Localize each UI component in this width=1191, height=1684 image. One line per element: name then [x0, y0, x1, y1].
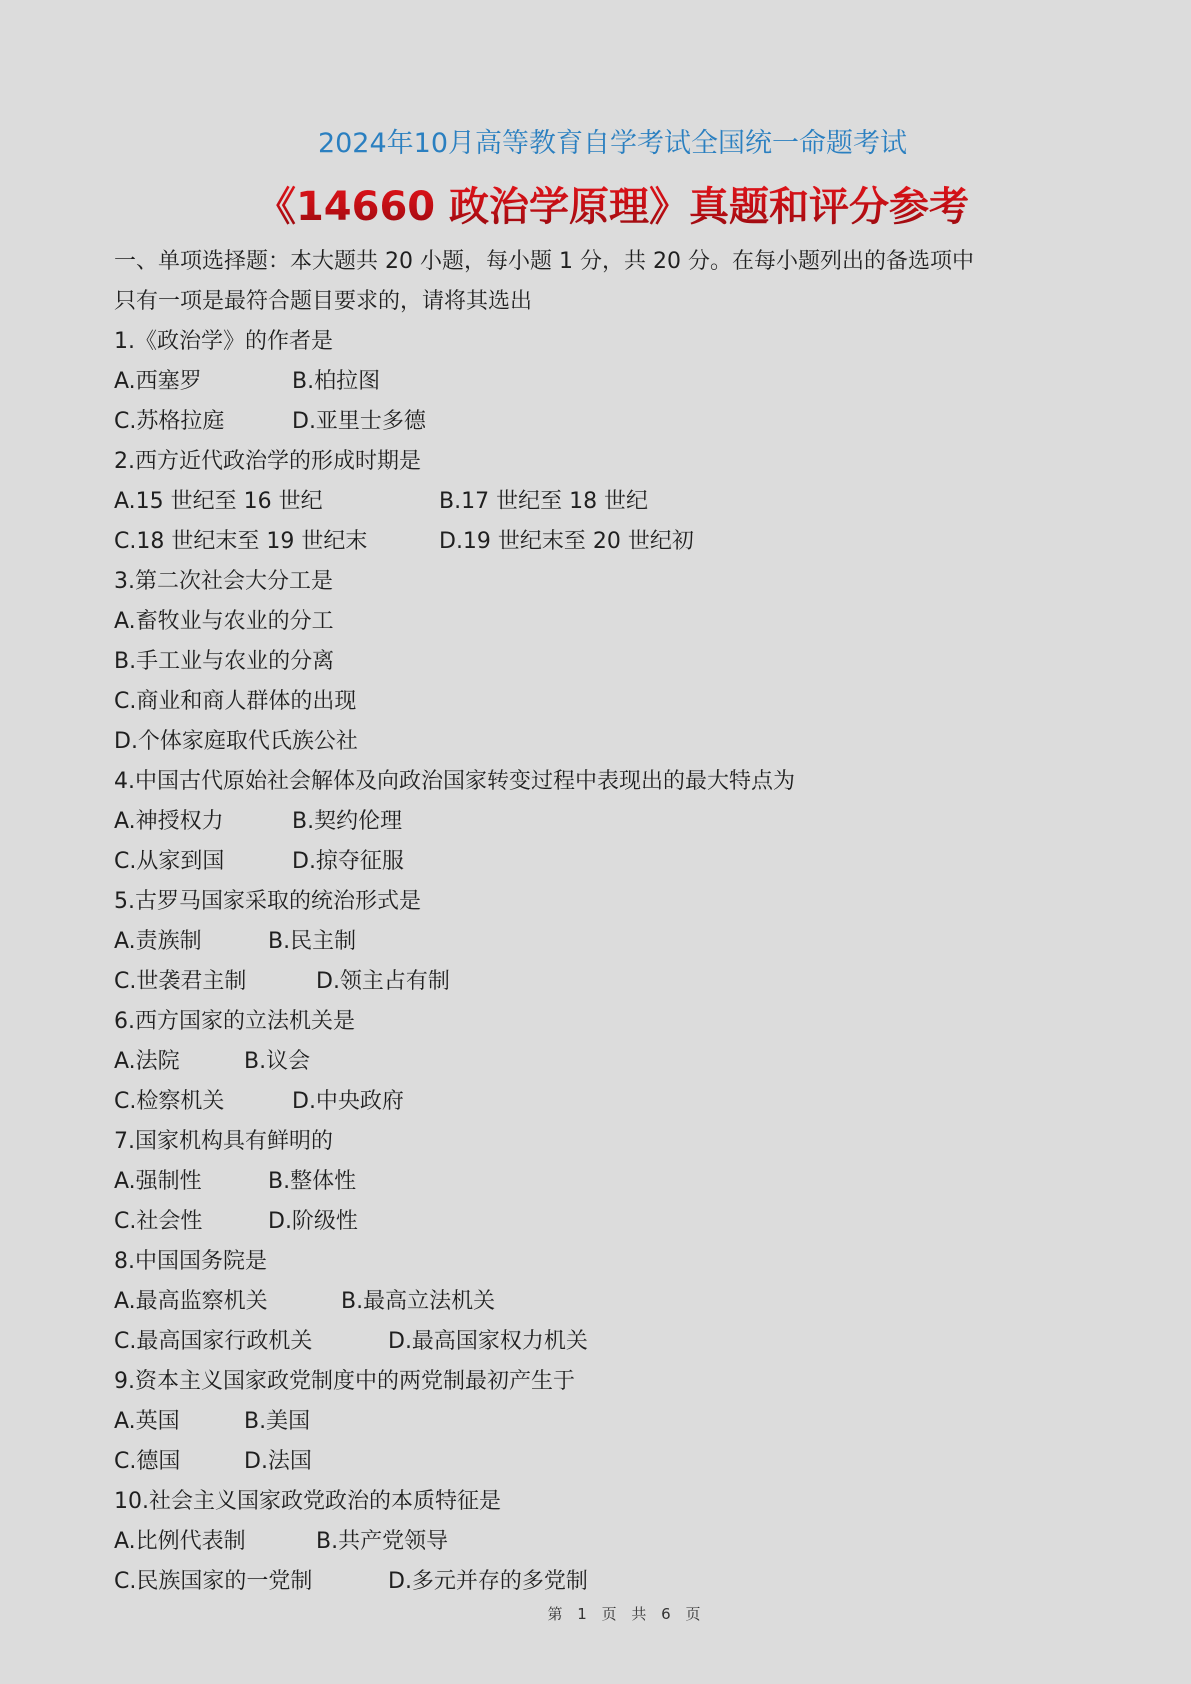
question-8-options-row2: C.最高国家行政机关 D.最高国家权力机关	[114, 1322, 1014, 1362]
exam-title: 《14660 政治学原理》真题和评分参考	[0, 178, 1191, 236]
question-2-option-c: C.18 世纪末至 19 世纪末	[114, 522, 367, 562]
question-7-option-a: A.强制性	[114, 1162, 202, 1202]
question-4-options-row2: C.从家到国 D.掠夺征服	[114, 842, 1014, 882]
question-10-option-b: B.共产党领导	[316, 1522, 448, 1562]
question-6-options-row1: A.法院 B.议会	[114, 1042, 1014, 1082]
question-10-option-c: C.民族国家的一党制	[114, 1562, 312, 1602]
question-9-option-b: B.美国	[244, 1402, 310, 1442]
question-7-option-b: B.整体性	[268, 1162, 356, 1202]
question-7-option-c: C.社会性	[114, 1202, 202, 1242]
question-1-stem: 1.《政治学》的作者是	[114, 322, 333, 362]
question-1-options-row1: A.西塞罗 B.柏拉图	[114, 362, 1014, 402]
question-10-option-a: A.比例代表制	[114, 1522, 246, 1562]
question-2-options-row1: A.15 世纪至 16 世纪 B.17 世纪至 18 世纪	[114, 482, 1014, 522]
question-3-option-a: A.畜牧业与农业的分工	[114, 602, 334, 642]
question-6-stem: 6.西方国家的立法机关是	[114, 1002, 355, 1042]
question-6-option-d: D.中央政府	[292, 1082, 404, 1122]
exam-subtitle: 2024年10月高等教育自学考试全国统一命题考试	[0, 124, 1191, 164]
question-8-option-b: B.最高立法机关	[341, 1282, 495, 1322]
question-10-option-d: D.多元并存的多党制	[388, 1562, 588, 1602]
question-5-stem: 5.古罗马国家采取的统治形式是	[114, 882, 421, 922]
question-5-options-row1: A.责族制 B.民主制	[114, 922, 1014, 962]
question-10-options-row2: C.民族国家的一党制 D.多元并存的多党制	[114, 1562, 1014, 1602]
question-1-option-a: A.西塞罗	[114, 362, 202, 402]
question-10-options-row1: A.比例代表制 B.共产党领导	[114, 1522, 1014, 1562]
question-2-stem: 2.西方近代政治学的形成时期是	[114, 442, 421, 482]
question-9-stem: 9.资本主义国家政党制度中的两党制最初产生于	[114, 1362, 575, 1402]
section-instructions-line1: 一、单项选择题：本大题共 20 小题，每小题 1 分，共 20 分。在每小题列出…	[114, 242, 974, 282]
question-9-option-c: C.德国	[114, 1442, 180, 1482]
question-5-option-a: A.责族制	[114, 922, 202, 962]
question-4-option-c: C.从家到国	[114, 842, 224, 882]
question-6-option-c: C.检察机关	[114, 1082, 224, 1122]
question-5-option-c: C.世袭君主制	[114, 962, 246, 1002]
question-9-option-a: A.英国	[114, 1402, 180, 1442]
question-4-option-b: B.契约伦理	[292, 802, 402, 842]
question-3-stem: 3.第二次社会大分工是	[114, 562, 333, 602]
question-8-option-d: D.最高国家权力机关	[388, 1322, 588, 1362]
exam-page: 2024年10月高等教育自学考试全国统一命题考试 《14660 政治学原理》真题…	[0, 0, 1191, 1684]
question-7-option-d: D.阶级性	[268, 1202, 358, 1242]
question-1-option-c: C.苏格拉庭	[114, 402, 224, 442]
question-3-option-c: C.商业和商人群体的出现	[114, 682, 356, 722]
question-8-options-row1: A.最高监察机关 B.最高立法机关	[114, 1282, 1014, 1322]
question-7-stem: 7.国家机构具有鲜明的	[114, 1122, 333, 1162]
question-8-stem: 8.中国国务院是	[114, 1242, 267, 1282]
question-3-option-b: B.手工业与农业的分离	[114, 642, 334, 682]
question-7-options-row2: C.社会性 D.阶级性	[114, 1202, 1014, 1242]
question-6-option-b: B.议会	[244, 1042, 310, 1082]
question-4-option-d: D.掠夺征服	[292, 842, 404, 882]
question-1-option-b: B.柏拉图	[292, 362, 380, 402]
question-4-options-row1: A.神授权力 B.契约伦理	[114, 802, 1014, 842]
question-9-options-row2: C.德国 D.法国	[114, 1442, 1014, 1482]
question-8-option-a: A.最高监察机关	[114, 1282, 268, 1322]
question-3-option-d: D.个体家庭取代氏族公社	[114, 722, 358, 762]
question-1-option-d: D.亚里士多德	[292, 402, 426, 442]
question-2-options-row2: C.18 世纪末至 19 世纪末 D.19 世纪末至 20 世纪初	[114, 522, 1014, 562]
question-4-stem: 4.中国古代原始社会解体及向政治国家转变过程中表现出的最大特点为	[114, 762, 795, 802]
page-number: 第 1 页 共 6 页	[0, 1603, 1191, 1624]
question-1-options-row2: C.苏格拉庭 D.亚里士多德	[114, 402, 1014, 442]
question-2-option-a: A.15 世纪至 16 世纪	[114, 482, 323, 522]
question-2-option-b: B.17 世纪至 18 世纪	[439, 482, 648, 522]
question-2-option-d: D.19 世纪末至 20 世纪初	[439, 522, 694, 562]
question-9-option-d: D.法国	[244, 1442, 312, 1482]
question-5-option-d: D.领主占有制	[316, 962, 450, 1002]
section-instructions-line2: 只有一项是最符合题目要求的，请将其选出	[114, 282, 532, 322]
question-5-options-row2: C.世袭君主制 D.领主占有制	[114, 962, 1014, 1002]
question-8-option-c: C.最高国家行政机关	[114, 1322, 312, 1362]
question-6-options-row2: C.检察机关 D.中央政府	[114, 1082, 1014, 1122]
question-6-option-a: A.法院	[114, 1042, 180, 1082]
question-4-option-a: A.神授权力	[114, 802, 224, 842]
question-5-option-b: B.民主制	[268, 922, 356, 962]
question-10-stem: 10.社会主义国家政党政治的本质特征是	[114, 1482, 501, 1522]
question-7-options-row1: A.强制性 B.整体性	[114, 1162, 1014, 1202]
question-9-options-row1: A.英国 B.美国	[114, 1402, 1014, 1442]
